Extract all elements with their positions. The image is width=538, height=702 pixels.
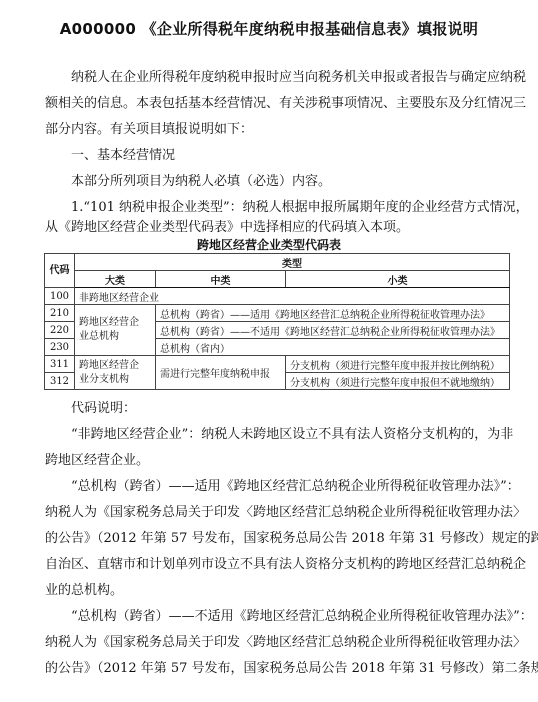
explain-210-line-3: 的公告》（2012 年第 57 号发布，国家税务总局公告 2018 年第 31 … [45, 526, 509, 552]
document-title: A000000 《企业所得税年度纳税申报基础信息表》填报说明 [0, 18, 538, 39]
row-major: 跨地区经营企 业总机构 [75, 305, 156, 356]
row-code: 100 [45, 288, 75, 305]
code-table: 代码 类型 大类 中类 小类 100 非跨地区经营企业 210 跨地区经营企 业… [44, 253, 510, 390]
explain-220-line-1: “总机构（跨省）——不适用《跨地区经营汇总纳税企业所得税征收管理办法》”： [45, 604, 535, 630]
section1-heading: 一、基本经营情况 [45, 143, 535, 169]
row-middle: 总机构（跨省）——不适用《跨地区经营汇总纳税企业所得税征收管理办法》 [156, 322, 510, 339]
row-code: 311 [45, 356, 75, 373]
explain-220-line-2: 纳税人为《国家税务总局关于印发〈跨地区经营汇总纳税企业所得税征收管理办法〉 [45, 630, 509, 656]
intro-line-1: 纳税人在企业所得税年度纳税申报时应当向税务机关申报或者报告与确定应纳税 [45, 65, 535, 91]
row-code: 220 [45, 322, 75, 339]
code-note-heading: 代码说明： [45, 396, 535, 422]
explain-210-line-1: “总机构（跨省）——适用《跨地区经营汇总纳税企业所得税征收管理办法》”： [45, 474, 535, 500]
row-middle: 总机构（省内） [156, 339, 510, 356]
intro-line-2: 额相关的信息。本表包括基本经营情况、有关涉税事项情况、主要股东及分红情况三 [45, 91, 509, 117]
table-title: 跨地区经营企业类型代码表 [0, 236, 538, 253]
explain-210-line-4: 自治区、直辖市和计划单列市设立不具有法人资格分支机构的跨地区经营汇总纳税企 [45, 552, 509, 578]
section1-note: 本部分所列项目为纳税人必填（必选）内容。 [45, 169, 535, 195]
intro-line-3: 部分内容。有关项目填报说明如下： [45, 117, 509, 143]
explain-210-line-2: 纳税人为《国家税务总局关于印发〈跨地区经营汇总纳税企业所得税征收管理办法〉 [45, 500, 509, 526]
explain-100-line-1: “非跨地区经营企业”：纳税人未跨地区设立不具有法人资格分支机构的，为非 [45, 422, 535, 448]
header-type: 类型 [75, 254, 510, 271]
header-code: 代码 [45, 254, 75, 288]
row-code: 210 [45, 305, 75, 322]
row-minor: 分支机构（须进行完整年度申报但不就地缴纳） [286, 373, 510, 390]
header-major: 大类 [75, 271, 156, 288]
row-major: 跨地区经营企 业分支机构 [75, 356, 156, 390]
row-minor: 分支机构（须进行完整年度申报并按比例纳税） [286, 356, 510, 373]
table-row: 311 跨地区经营企 业分支机构 需进行完整年度纳税申报 分支机构（须进行完整年… [45, 356, 510, 373]
header-middle: 中类 [156, 271, 286, 288]
explain-220-line-3: 的公告》（2012 年第 57 号发布，国家税务总局公告 2018 年第 31 … [45, 656, 509, 682]
table-row: 210 跨地区经营企 业总机构 总机构（跨省）——适用《跨地区经营汇总纳税企业所… [45, 305, 510, 322]
explain-100-line-2: 跨地区经营企业。 [45, 448, 509, 474]
row-major: 非跨地区经营企业 [75, 288, 510, 305]
row-code: 312 [45, 373, 75, 390]
header-minor: 小类 [286, 271, 510, 288]
explain-210-line-5: 业的总机构。 [45, 578, 509, 604]
row-middle: 需进行完整年度纳税申报 [156, 356, 286, 390]
row-code: 230 [45, 339, 75, 356]
table-row: 100 非跨地区经营企业 [45, 288, 510, 305]
row-middle: 总机构（跨省）——适用《跨地区经营汇总纳税企业所得税征收管理办法》 [156, 305, 510, 322]
